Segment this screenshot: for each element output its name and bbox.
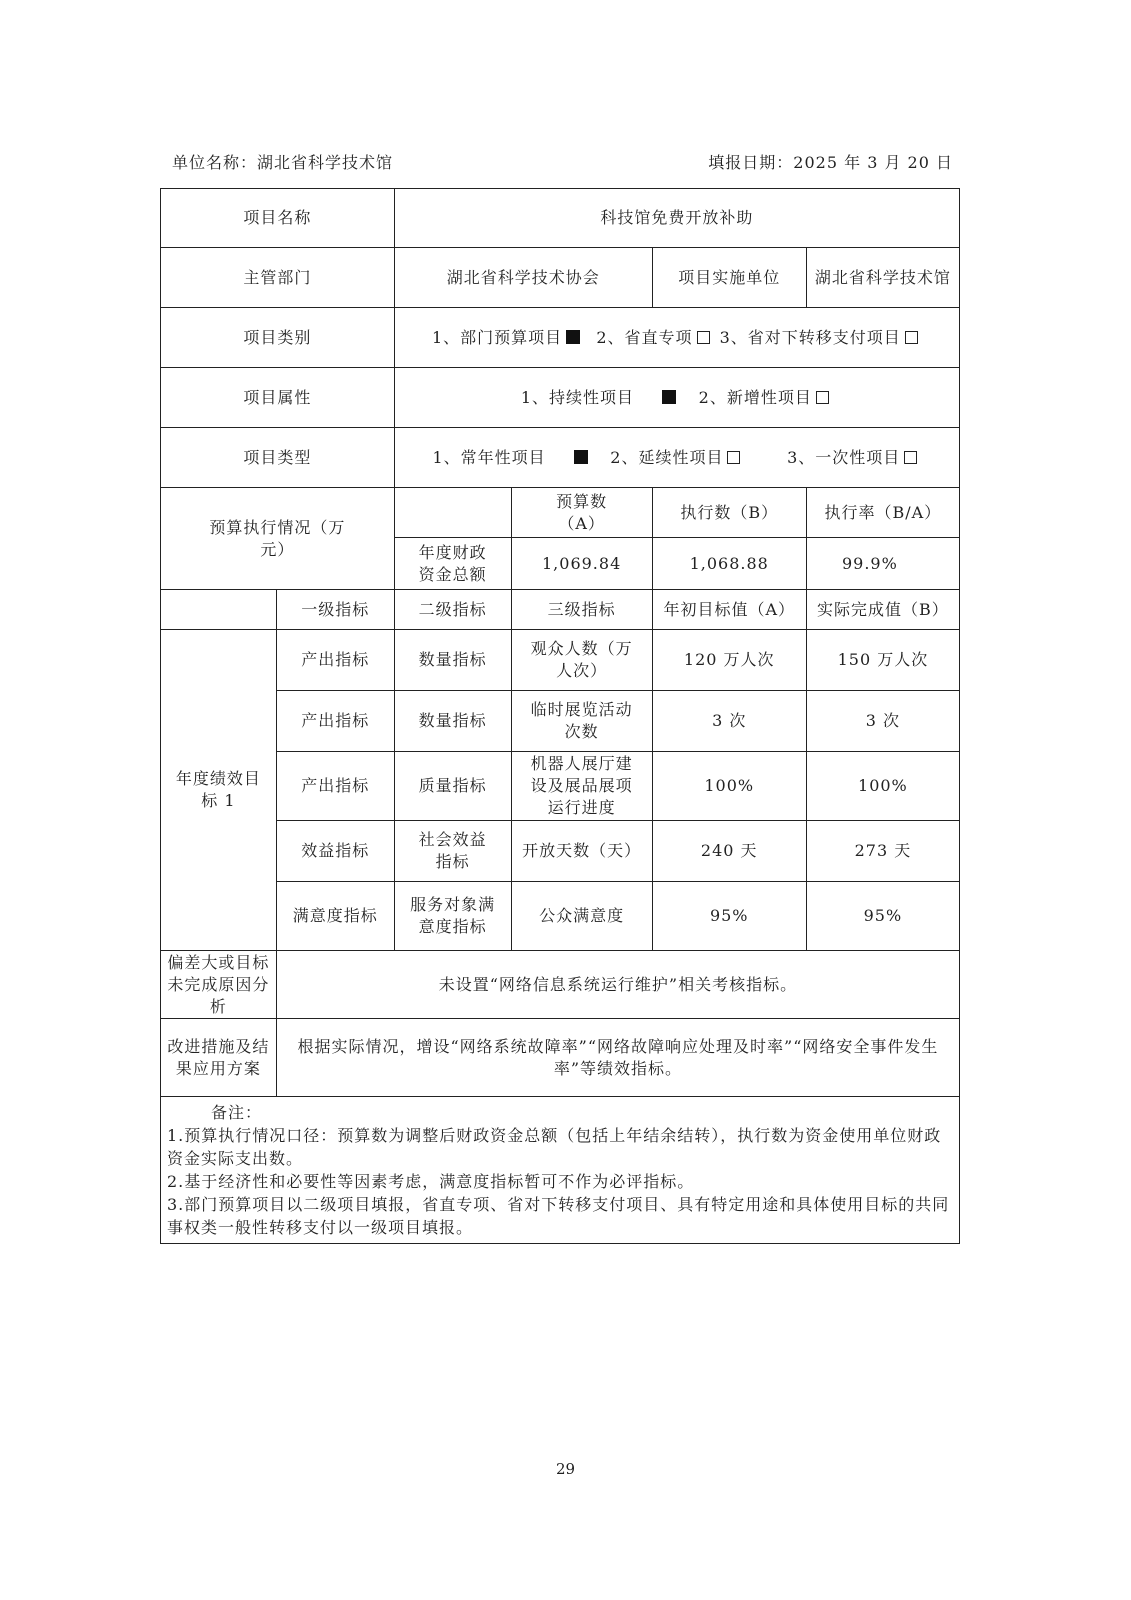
project-name-label: 项目名称: [161, 189, 395, 248]
group-label: 年度绩效目标 1: [161, 630, 277, 951]
budget-row-label: 年度财政资金总额: [394, 538, 511, 590]
dept-value: 湖北省科学技术协会: [394, 248, 652, 308]
row-deviation: 偏差大或目标未完成原因分析 未设置“网络信息系统运行维护”相关考核指标。: [161, 951, 960, 1019]
report-date: 填报日期：2025 年 3 月 20 日: [708, 150, 953, 173]
actual-cell: 150 万人次: [806, 630, 959, 691]
header-level2: 二级指标: [394, 590, 511, 630]
actual-cell: 3 次: [806, 691, 959, 752]
header-target: 年初目标值（A）: [652, 590, 806, 630]
budget-empty-cell: [394, 488, 511, 538]
note-item-2: 2.基于经济性和必要性等因素考虑，满意度指标暂可不作为必评指标。: [167, 1170, 953, 1193]
notes-cell: 备注： 1.预算执行情况口径：预算数为调整后财政资金总额（包括上年结余结转），执…: [161, 1097, 960, 1244]
row-project-name: 项目名称 科技馆免费开放补助: [161, 189, 960, 248]
level2-cell: 数量指标: [394, 691, 511, 752]
improve-text: 根据实际情况，增设“网络系统故障率”“网络故障响应处理及时率”“网络安全事件发生…: [276, 1019, 959, 1097]
performance-form-table: 项目名称 科技馆免费开放补助 主管部门 湖北省科学技术协会 项目实施单位 湖北省…: [160, 188, 960, 1244]
indicator-row: 满意度指标 服务对象满意度指标 公众满意度 95% 95%: [161, 882, 960, 951]
actual-cell: 100%: [806, 752, 959, 821]
header-level3: 三级指标: [511, 590, 652, 630]
indicator-empty-cell: [161, 590, 277, 630]
target-cell: 95%: [652, 882, 806, 951]
actual-cell: 95%: [806, 882, 959, 951]
header-level1: 一级指标: [276, 590, 394, 630]
deviation-text: 未设置“网络信息系统运行维护”相关考核指标。: [276, 951, 959, 1019]
budget-value: 1,069.84: [511, 538, 652, 590]
level3-cell: 公众满意度: [511, 882, 652, 951]
category-option-3: 3、省对下转移支付项目: [720, 328, 901, 347]
checkbox-checked-icon[interactable]: [574, 450, 588, 464]
attribute-options: 1、持续性项目 2、新增性项目: [394, 368, 959, 428]
indicator-row: 产出指标 数量指标 临时展览活动次数 3 次 3 次: [161, 691, 960, 752]
budget-col-a: 预算数（A）: [511, 488, 652, 538]
target-cell: 120 万人次: [652, 630, 806, 691]
note-item-1: 1.预算执行情况口径：预算数为调整后财政资金总额（包括上年结余结转），执行数为资…: [167, 1124, 953, 1170]
target-cell: 240 天: [652, 821, 806, 882]
row-category: 项目类别 1、部门预算项目 2、省直专项 3、省对下转移支付项目: [161, 308, 960, 368]
type-option-1: 1、常年性项目: [432, 448, 545, 467]
budget-col-b: 执行数（B）: [652, 488, 806, 538]
level3-cell: 开放天数（天）: [511, 821, 652, 882]
type-option-3: 3、一次性项目: [787, 448, 900, 467]
level2-cell: 质量指标: [394, 752, 511, 821]
checkbox-empty-icon[interactable]: [905, 331, 918, 344]
improve-label: 改进措施及结果应用方案: [161, 1019, 277, 1097]
row-budget-header: 预算执行情况（万元） 预算数（A） 执行数（B） 执行率（B/A）: [161, 488, 960, 538]
level3-cell: 临时展览活动次数: [511, 691, 652, 752]
type-label: 项目类型: [161, 428, 395, 488]
category-option-1: 1、部门预算项目: [432, 328, 562, 347]
header-actual: 实际完成值（B）: [806, 590, 959, 630]
row-attribute: 项目属性 1、持续性项目 2、新增性项目: [161, 368, 960, 428]
budget-col-rate: 执行率（B/A）: [806, 488, 959, 538]
type-option-2: 2、延续性项目: [610, 448, 723, 467]
rate-value: 99.9%: [806, 538, 959, 590]
row-indicator-headers: 一级指标 二级指标 三级指标 年初目标值（A） 实际完成值（B）: [161, 590, 960, 630]
level1-cell: 产出指标: [276, 691, 394, 752]
actual-cell: 273 天: [806, 821, 959, 882]
level1-cell: 满意度指标: [276, 882, 394, 951]
level1-cell: 效益指标: [276, 821, 394, 882]
unit-name: 单位名称：湖北省科学技术馆: [172, 150, 393, 173]
row-department: 主管部门 湖北省科学技术协会 项目实施单位 湖北省科学技术馆: [161, 248, 960, 308]
notes-title: 备注：: [167, 1101, 953, 1124]
row-notes: 备注： 1.预算执行情况口径：预算数为调整后财政资金总额（包括上年结余结转），执…: [161, 1097, 960, 1244]
checkbox-empty-icon[interactable]: [727, 451, 740, 464]
checkbox-empty-icon[interactable]: [697, 331, 710, 344]
type-options: 1、常年性项目 2、延续性项目 3、一次性项目: [394, 428, 959, 488]
level2-cell: 数量指标: [394, 630, 511, 691]
project-name-value: 科技馆免费开放补助: [394, 189, 959, 248]
level2-cell: 社会效益指标: [394, 821, 511, 882]
target-cell: 3 次: [652, 691, 806, 752]
level1-cell: 产出指标: [276, 630, 394, 691]
page-number: 29: [0, 1460, 1131, 1478]
attribute-label: 项目属性: [161, 368, 395, 428]
target-cell: 100%: [652, 752, 806, 821]
note-item-3: 3.部门预算项目以二级项目填报，省直专项、省对下转移支付项目、具有特定用途和具体…: [167, 1193, 953, 1239]
checkbox-empty-icon[interactable]: [816, 391, 829, 404]
exec-value: 1,068.88: [652, 538, 806, 590]
indicator-row: 产出指标 质量指标 机器人展厅建设及展品展项运行进度 100% 100%: [161, 752, 960, 821]
dept-label: 主管部门: [161, 248, 395, 308]
impl-unit-value: 湖北省科学技术馆: [806, 248, 959, 308]
checkbox-empty-icon[interactable]: [904, 451, 917, 464]
indicator-row: 效益指标 社会效益指标 开放天数（天） 240 天 273 天: [161, 821, 960, 882]
attribute-option-2: 2、新增性项目: [699, 388, 812, 407]
level1-cell: 产出指标: [276, 752, 394, 821]
budget-label: 预算执行情况（万元）: [161, 488, 395, 590]
category-option-2: 2、省直专项: [596, 328, 692, 347]
level3-cell: 机器人展厅建设及展品展项运行进度: [511, 752, 652, 821]
level2-cell: 服务对象满意度指标: [394, 882, 511, 951]
category-label: 项目类别: [161, 308, 395, 368]
attribute-option-1: 1、持续性项目: [521, 388, 634, 407]
deviation-label: 偏差大或目标未完成原因分析: [161, 951, 277, 1019]
indicator-row: 年度绩效目标 1 产出指标 数量指标 观众人数（万人次） 120 万人次 150…: [161, 630, 960, 691]
checkbox-checked-icon[interactable]: [566, 330, 580, 344]
category-options: 1、部门预算项目 2、省直专项 3、省对下转移支付项目: [394, 308, 959, 368]
impl-unit-label: 项目实施单位: [652, 248, 806, 308]
checkbox-checked-icon[interactable]: [662, 390, 676, 404]
row-type: 项目类型 1、常年性项目 2、延续性项目 3、一次性项目: [161, 428, 960, 488]
level3-cell: 观众人数（万人次）: [511, 630, 652, 691]
row-improvement: 改进措施及结果应用方案 根据实际情况，增设“网络系统故障率”“网络故障响应处理及…: [161, 1019, 960, 1097]
